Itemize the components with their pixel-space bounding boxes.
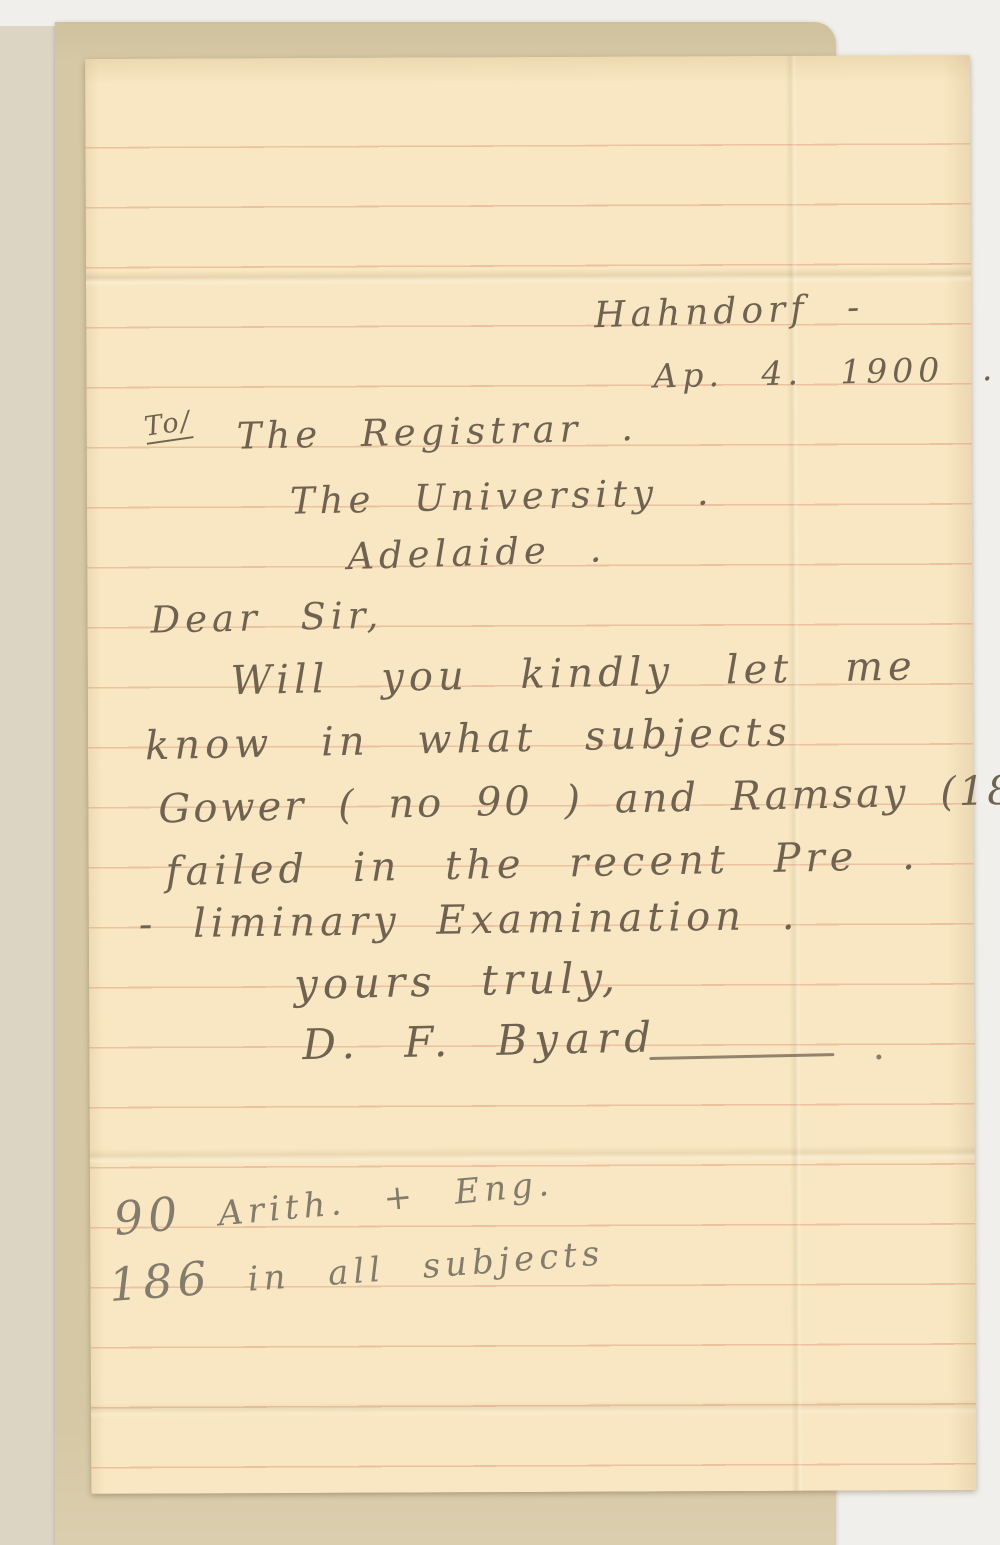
body-line-4: failed in the recent Pre . [165, 836, 920, 892]
body-line-5: - liminary Examination . [139, 896, 800, 945]
body-line-1: Will you kindly let me [230, 646, 917, 701]
annotation-row-1: 90Arith. + Eng. [112, 1156, 555, 1242]
recipient-line-registrar: The Registrar . [236, 409, 638, 455]
signature-flourish [649, 1053, 834, 1060]
scanned-letter: Hahndorf - Ap. 4. 1900 . To/ The Registr… [0, 0, 1000, 1545]
recipient-line-university: The University . [290, 474, 714, 520]
body-line-3: Gower ( no 90 ) and Ramsay (186) [158, 770, 1000, 830]
recipient-to-prefix: To/ [143, 407, 194, 444]
ink-dot [876, 1054, 881, 1059]
body-line-2: know in what subjects [145, 712, 793, 766]
place-line: Hahndorf - [594, 290, 865, 334]
annotation-note: Arith. + Eng. [217, 1167, 555, 1232]
signature-line: D. F. Byard [302, 1016, 659, 1066]
letter-page: Hahndorf - Ap. 4. 1900 . To/ The Registr… [85, 55, 976, 1494]
date-line: Ap. 4. 1900 . [653, 352, 998, 392]
recipient-line-city: Adelaide . [347, 530, 607, 575]
salutation-line: Dear Sir, [150, 597, 383, 639]
annotation-candidate-number: 90 [112, 1190, 184, 1242]
valediction-line: yours truly, [294, 957, 621, 1006]
horizontal-fold-crease-lower [91, 1399, 976, 1419]
horizontal-fold-crease-top [86, 267, 971, 287]
annotation-candidate-number: 186 [107, 1255, 213, 1308]
annotation-note: in all subjects [247, 1236, 606, 1296]
